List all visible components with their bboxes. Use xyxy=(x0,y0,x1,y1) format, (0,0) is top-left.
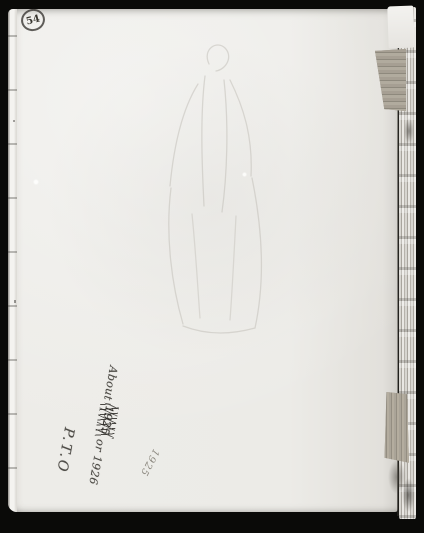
tape-stain xyxy=(388,460,406,494)
dust-speck xyxy=(13,120,15,122)
paper-fleck xyxy=(33,179,39,185)
tape-remnant-bottom xyxy=(384,392,409,465)
page-number: 54 xyxy=(25,13,41,27)
paper-fleck xyxy=(242,172,247,177)
crossed-out-date: 1925 xyxy=(98,405,116,436)
spine-stain xyxy=(404,118,414,144)
figure-sketch xyxy=(112,34,312,354)
page-fore-edge xyxy=(8,9,17,512)
dust-speck xyxy=(14,300,16,303)
spine-top-page-edge xyxy=(387,6,414,49)
sketchbook-scan: 54 About 1925 or 1926 1925 P.T.O xyxy=(0,0,424,533)
